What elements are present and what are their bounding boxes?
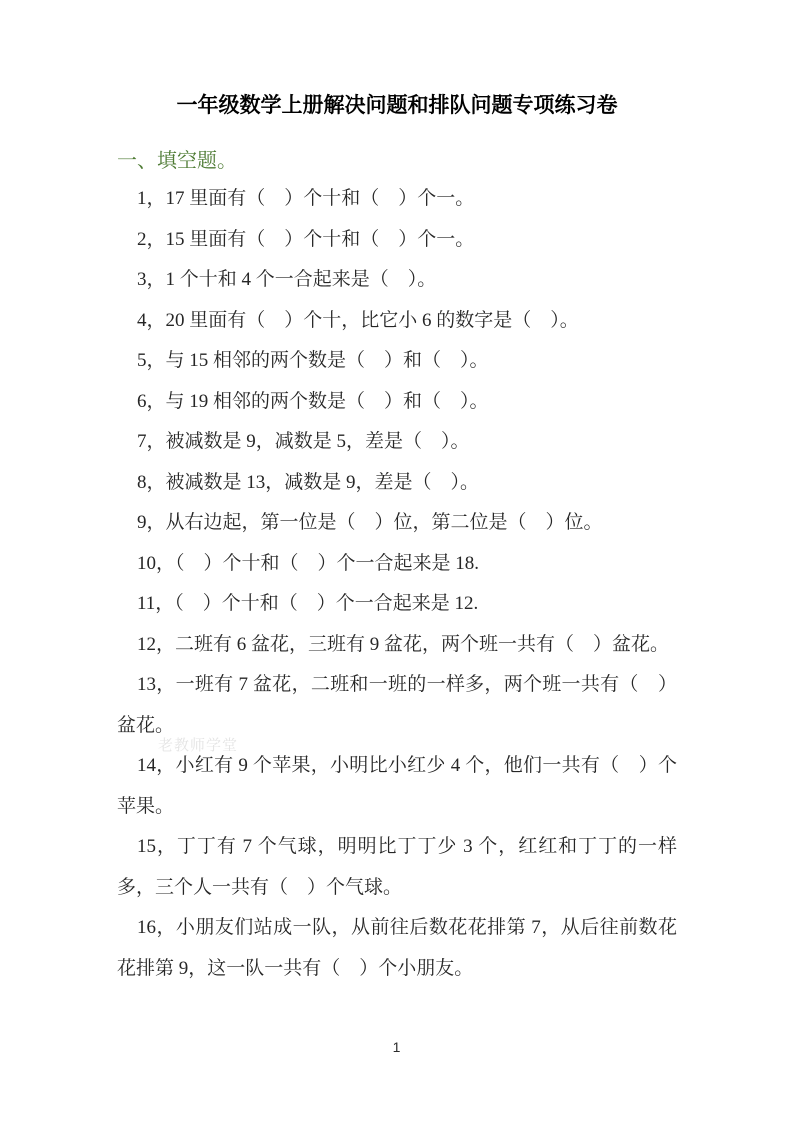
worksheet-page: 一年级数学上册解决问题和排队问题专项练习卷 一、填空题。 1，17 里面有（ ）…: [0, 91, 793, 989]
question-item-6: 6，与 19 相邻的两个数是（ ）和（ ）。: [117, 382, 677, 423]
question-item-1: 1，17 里面有（ ）个十和（ ）个一。: [117, 179, 677, 220]
question-item-2: 2，15 里面有（ ）个十和（ ）个一。: [117, 220, 677, 261]
question-item-5: 5，与 15 相邻的两个数是（ ）和（ ）。: [117, 341, 677, 382]
question-item-15: 15，丁丁有 7 个气球，明明比丁丁少 3 个，红红和丁丁的一样多，三个人一共有…: [117, 827, 677, 908]
question-item-9: 9，从右边起，第一位是（ ）位，第二位是（ ）位。: [117, 503, 677, 544]
question-item-8: 8，被减数是 13，减数是 9，差是（ ）。: [117, 463, 677, 504]
question-item-13: 13，一班有 7 盆花，二班和一班的一样多，两个班一共有（ ）盆花。: [117, 665, 677, 746]
question-list: 1，17 里面有（ ）个十和（ ）个一。2，15 里面有（ ）个十和（ ）个一。…: [117, 179, 677, 989]
question-item-16: 16，小朋友们站成一队，从前往后数花花排第 7，从后往前数花花排第 9，这一队一…: [117, 908, 677, 989]
question-item-7: 7，被减数是 9，减数是 5，差是（ ）。: [117, 422, 677, 463]
page-number: 1: [0, 1038, 793, 1056]
question-item-3: 3，1 个十和 4 个一合起来是（ ）。: [117, 260, 677, 301]
section-heading-fill-in-the-blanks: 一、填空题。: [117, 147, 677, 175]
page-title: 一年级数学上册解决问题和排队问题专项练习卷: [117, 91, 677, 121]
question-item-11: 11，（ ）个十和（ ）个一合起来是 12.: [117, 584, 677, 625]
question-item-14: 14，小红有 9 个苹果，小明比小红少 4 个，他们一共有（ ）个苹果。: [117, 746, 677, 827]
question-item-12: 12，二班有 6 盆花，三班有 9 盆花，两个班一共有（ ）盆花。: [117, 625, 677, 666]
question-item-10: 10，（ ）个十和（ ）个一合起来是 18.: [117, 544, 677, 585]
question-item-4: 4，20 里面有（ ）个十，比它小 6 的数字是（ ）。: [117, 301, 677, 342]
